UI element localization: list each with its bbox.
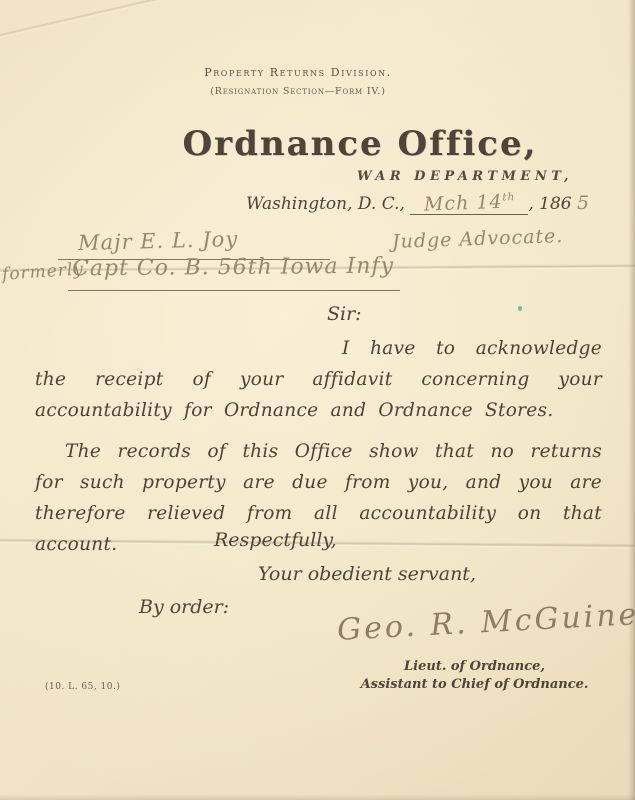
form-number: (10. L. 65, 10.) bbox=[45, 682, 120, 692]
closing-respectfully: Respectfully, bbox=[214, 529, 337, 551]
date-blank: Mch 14th bbox=[410, 192, 528, 215]
signer-title-1: Lieut. of Ordnance, bbox=[372, 659, 577, 674]
paper-edge-bottom bbox=[0, 794, 635, 800]
signature-handwritten: Geo. R. McGuiness bbox=[336, 595, 635, 648]
closing-by-order: By order: bbox=[139, 596, 229, 618]
fold-crease-diagonal bbox=[0, 0, 182, 40]
addressee-rule-2 bbox=[68, 290, 400, 291]
place-printed: Washington, D. C., bbox=[246, 194, 405, 214]
year-printed: , 186 bbox=[528, 194, 571, 214]
addressee-unit: Capt Co. B. 56th Iowa Infy bbox=[72, 254, 394, 282]
section-line: (Resignation Section—Form IV.) bbox=[0, 86, 596, 97]
letter-document: Property Returns Division. (Resignation … bbox=[0, 0, 635, 800]
date-line: Washington, D. C., Mch 14th, 186 5 bbox=[246, 192, 590, 215]
paragraph-1: I have to acknowledge the receipt of you… bbox=[35, 333, 602, 426]
addressee-name: Majr E. L. Joy bbox=[78, 227, 239, 255]
signer-title-2: Assistant to Chief of Ordnance. bbox=[352, 677, 597, 692]
date-handwritten: Mch 14th bbox=[423, 190, 515, 215]
addressee-title: Judge Advocate. bbox=[392, 225, 564, 253]
paper-speck bbox=[518, 306, 522, 311]
department-line: WAR DEPARTMENT, bbox=[357, 169, 573, 184]
year-handwritten: 5 bbox=[577, 192, 590, 214]
salutation: Sir: bbox=[327, 303, 362, 325]
division-line: Property Returns Division. bbox=[0, 66, 596, 79]
paper-edge-right bbox=[628, 0, 635, 800]
office-title: Ordnance Office, bbox=[0, 124, 635, 164]
closing-servant: Your obedient servant, bbox=[258, 563, 476, 585]
